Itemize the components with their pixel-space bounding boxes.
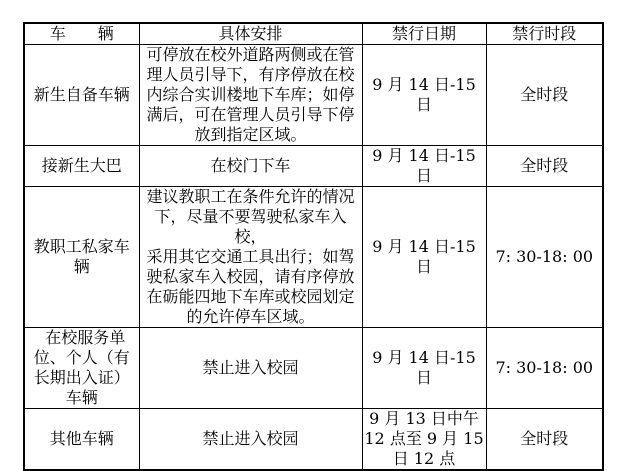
vehicle-cell: 其他车辆 xyxy=(24,409,139,471)
time-cell: 全时段 xyxy=(486,146,603,187)
date-cell: 9 月 14 日-15 日 xyxy=(362,328,486,409)
table-row: 在校服务单 位、个人（有 长期出入证） 车辆 禁止进入校园 9 月 14 日-1… xyxy=(24,328,603,409)
vehicle-cell: 接新生大巴 xyxy=(24,146,139,187)
time-cell: 全时段 xyxy=(486,45,603,146)
arrangement-cell: 禁止进入校园 xyxy=(139,328,362,409)
table-row: 新生自备车辆 可停放在校外道路两侧或在管 理人员引导下，有序停放在校 内综合实训… xyxy=(24,45,603,146)
date-cell: 9 月 14 日-15 日 xyxy=(362,187,486,328)
arrangement-cell: 禁止进入校园 xyxy=(139,409,362,471)
table-row: 接新生大巴 在校门下车 9 月 14 日-15 日 全时段 xyxy=(24,146,603,187)
arrangement-cell: 建议教职工在条件允许的情况 下，尽量不要驾驶私家车入校， 采用其它交通工具出行；… xyxy=(139,187,362,328)
table-row: 教职工私家车 辆 建议教职工在条件允许的情况 下，尽量不要驾驶私家车入校， 采用… xyxy=(24,187,603,328)
vehicle-cell: 新生自备车辆 xyxy=(24,45,139,146)
date-cell: 9 月 14 日-15 日 xyxy=(362,45,486,146)
header-row: 车 辆 具体安排 禁行日期 禁行时段 xyxy=(24,23,603,45)
header-cell-date: 禁行日期 xyxy=(362,23,486,45)
time-cell: 7: 30-18: 00 xyxy=(486,187,603,328)
time-cell: 7: 30-18: 00 xyxy=(486,328,603,409)
date-cell: 9 月 13 日中午 12 点至 9 月 15 日 12 点 xyxy=(362,409,486,471)
arrangement-cell: 在校门下车 xyxy=(139,146,362,187)
header-cell-vehicle: 车 辆 xyxy=(24,23,139,45)
time-cell: 全时段 xyxy=(486,409,603,471)
table-row: 其他车辆 禁止进入校园 9 月 13 日中午 12 点至 9 月 15 日 12… xyxy=(24,409,603,471)
vehicle-cell: 教职工私家车 辆 xyxy=(24,187,139,328)
date-cell: 9 月 14 日-15 日 xyxy=(362,146,486,187)
header-cell-arrangement: 具体安排 xyxy=(139,23,362,45)
arrangement-cell: 可停放在校外道路两侧或在管 理人员引导下，有序停放在校 内综合实训楼地下车库；如… xyxy=(139,45,362,146)
vehicle-rules-table: 车 辆 具体安排 禁行日期 禁行时段 新生自备车辆 可停放在校外道路两侧或在管 … xyxy=(23,22,604,471)
header-cell-time: 禁行时段 xyxy=(486,23,603,45)
vehicle-cell: 在校服务单 位、个人（有 长期出入证） 车辆 xyxy=(24,328,139,409)
